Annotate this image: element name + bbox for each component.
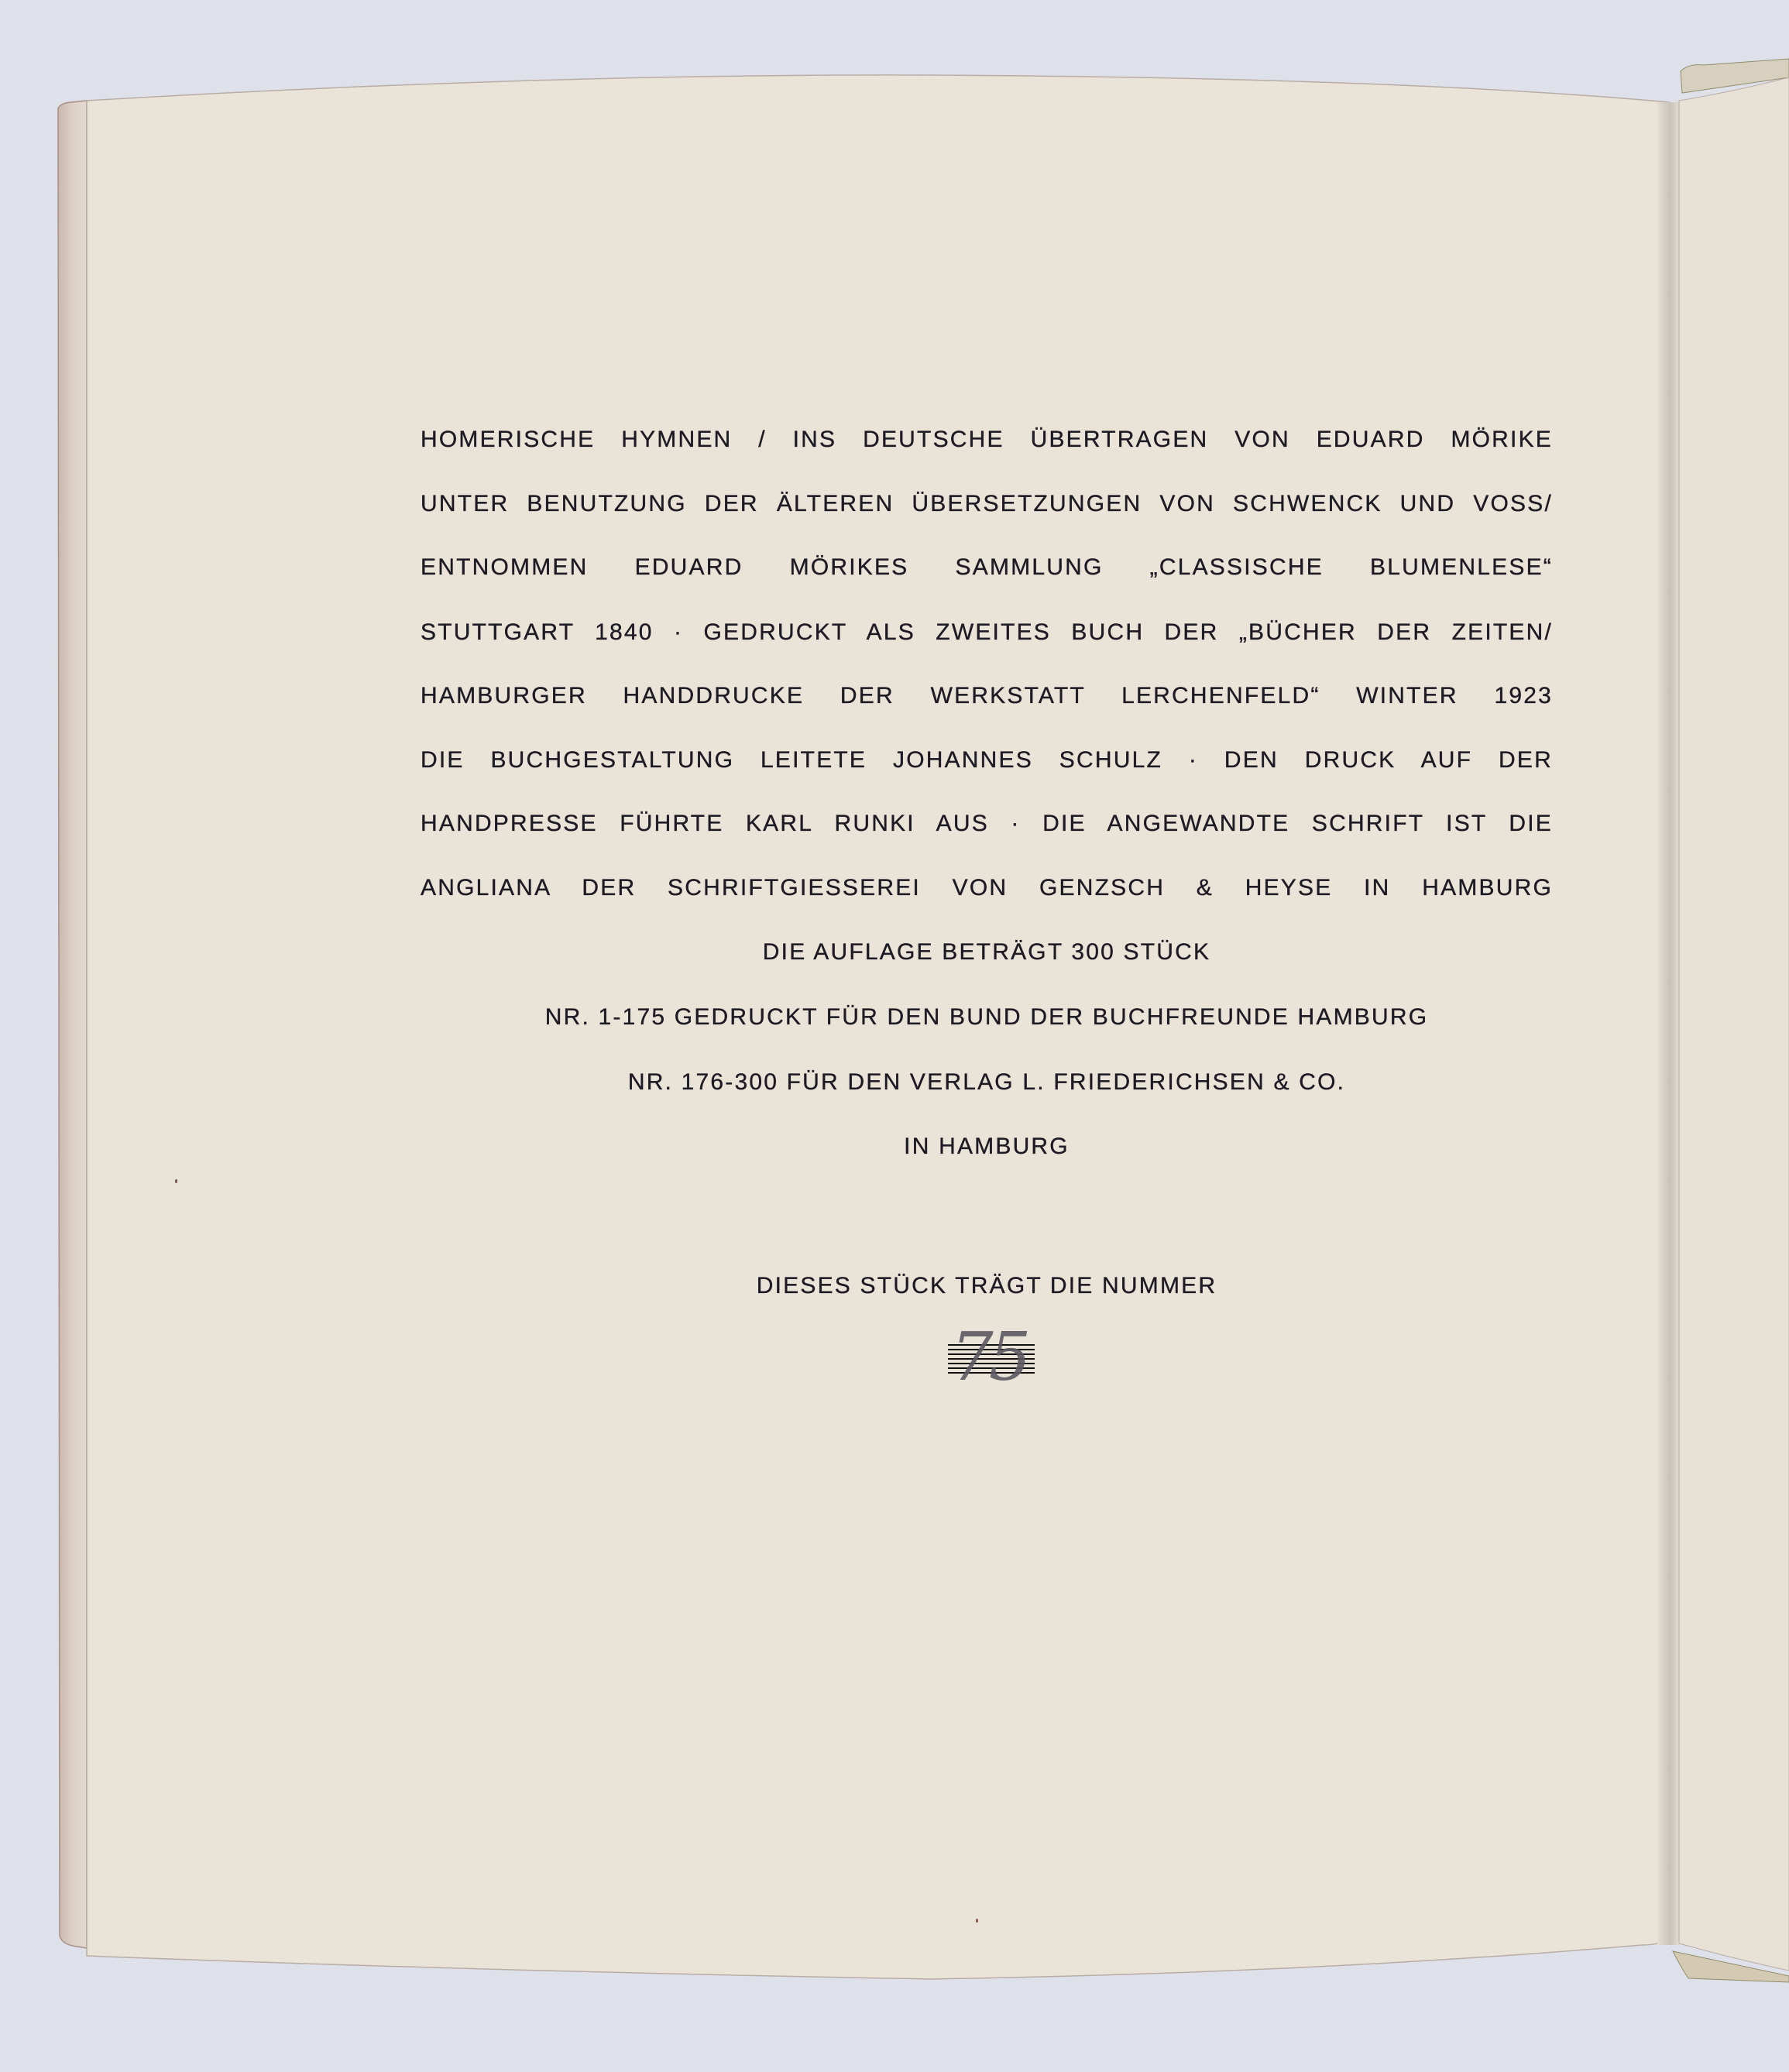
book-pages (0, 0, 1789, 2072)
copy-number-field: 75 (945, 1322, 1038, 1404)
colophon-line: ANGLIANA DER SCHRIFTGIESSEREI VON GENZSC… (421, 873, 1553, 904)
paper-fleck (976, 1919, 978, 1923)
colophon-line: HAMBURGER HANDDRUCKE DER WERKSTATT LERCH… (421, 681, 1553, 712)
publisher-line: NR. 176-300 FÜR DEN VERLAG L. FRIEDERICH… (421, 1067, 1553, 1098)
colophon-line: STUTTGART 1840 · GEDRUCKT ALS ZWEITES BU… (421, 617, 1553, 648)
book-spread: HOMERISCHE HYMNEN / INS DEUTSCHE ÜBERTRA… (0, 0, 1789, 2072)
colophon-line: HOMERISCHE HYMNEN / INS DEUTSCHE ÜBERTRA… (421, 424, 1553, 455)
colophon-line: HANDPRESSE FÜHRTE KARL RUNKI AUS · DIE A… (421, 808, 1553, 839)
edition-size-line: DIE AUFLAGE BETRÄGT 300 STÜCK (421, 937, 1553, 968)
colophon-line: ENTNOMMEN EDUARD MÖRIKES SAMMLUNG „CLASS… (421, 552, 1553, 583)
edition-allocation-line: NR. 1-175 GEDRUCKT FÜR DEN BUND DER BUCH… (421, 1002, 1553, 1033)
colophon-line: UNTER BENUTZUNG DER ÄLTEREN ÜBERSETZUNGE… (421, 489, 1553, 520)
colophon-line: DIE BUCHGESTALTUNG LEITETE JOHANNES SCHU… (421, 745, 1553, 776)
handwritten-copy-number: 75 (951, 1315, 1026, 1400)
copy-number-label: DIESES STÜCK TRÄGT DIE NUMMER (421, 1271, 1553, 1302)
left-cover-edge (58, 101, 87, 1948)
place-line: IN HAMBURG (421, 1131, 1553, 1162)
right-page (1679, 77, 1789, 1971)
paper-fleck (175, 1179, 177, 1183)
